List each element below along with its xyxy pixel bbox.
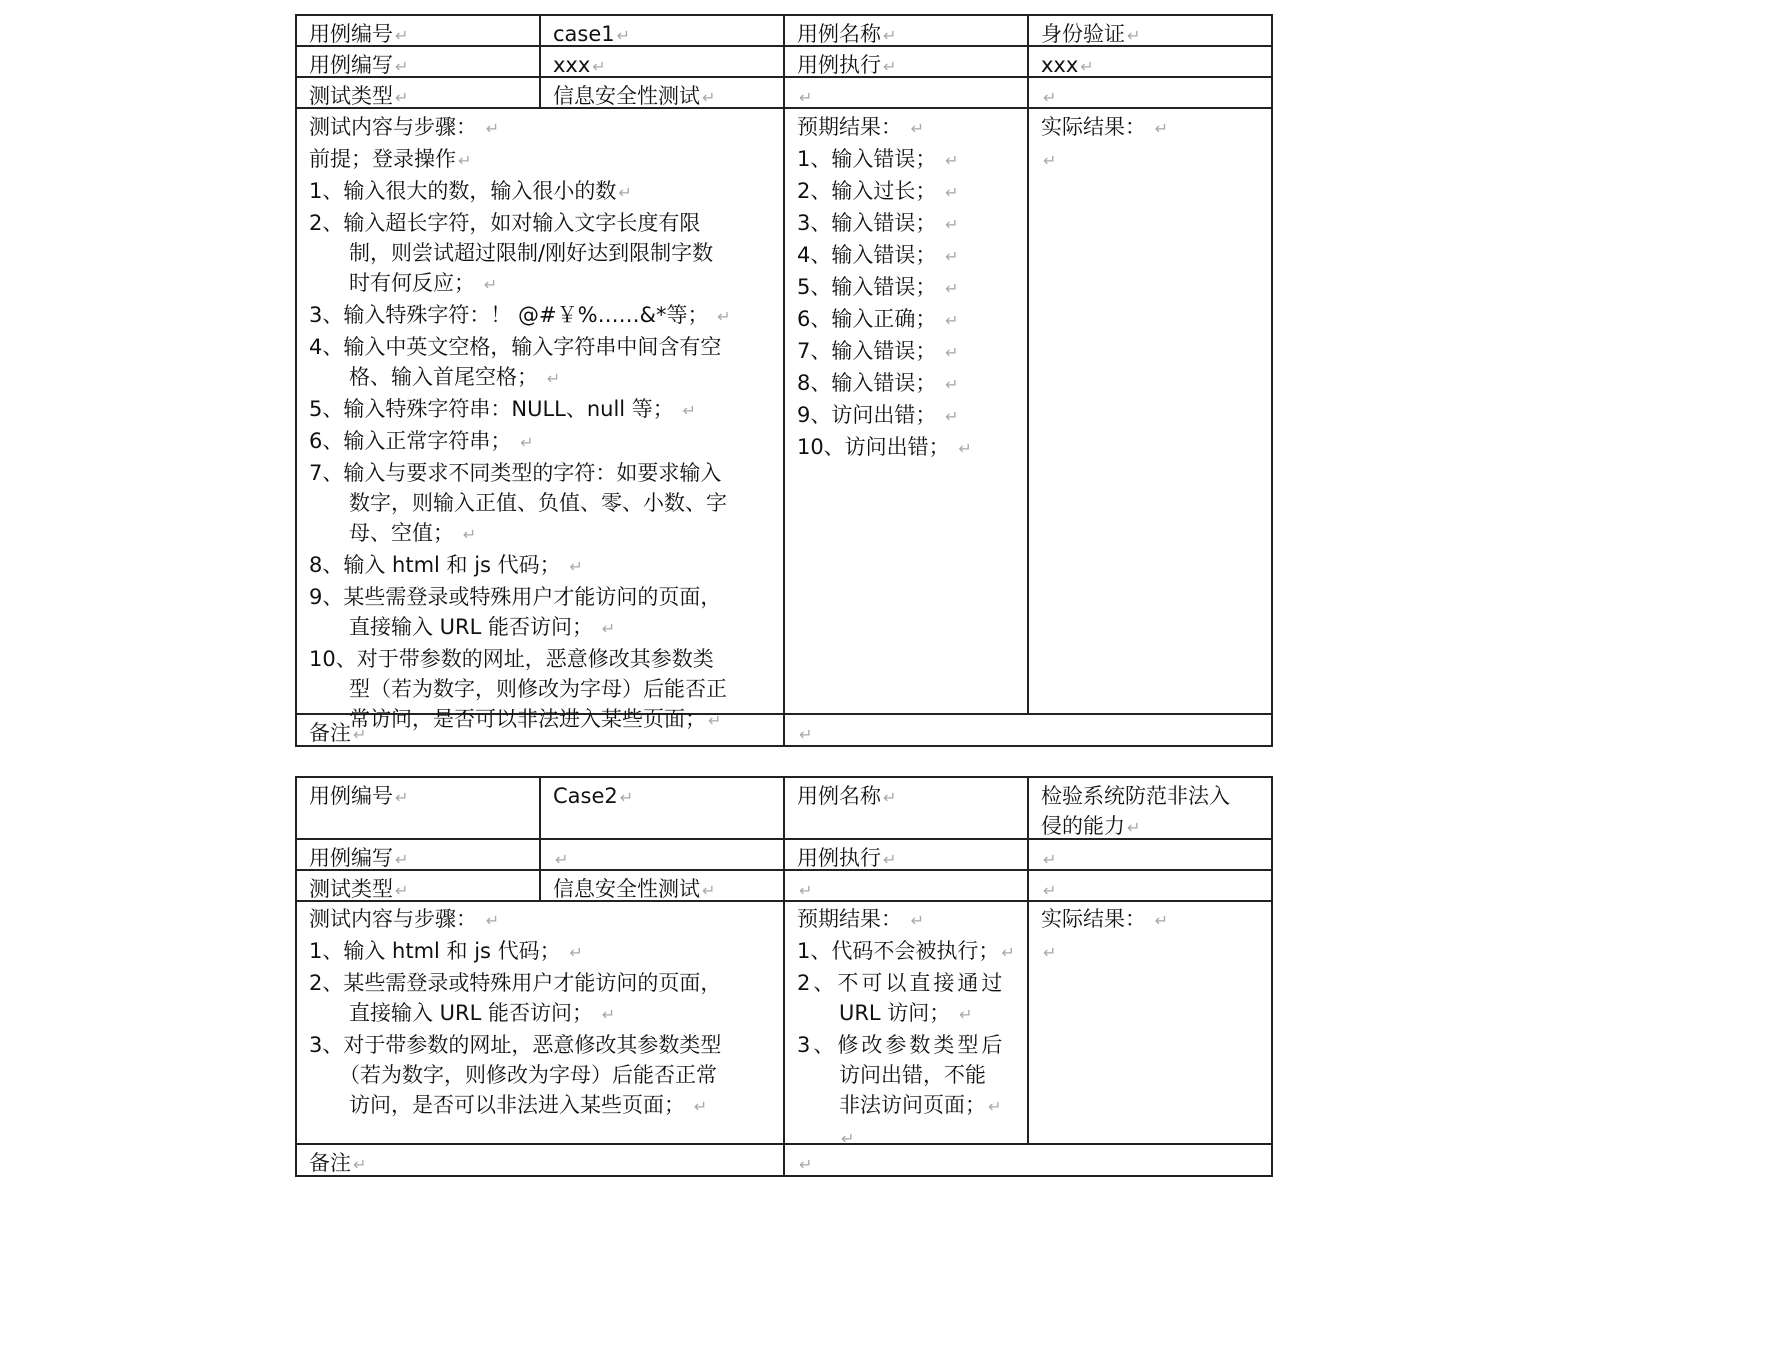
expected-item: 4、输入错误； ↵	[797, 240, 1017, 272]
value-remarks[interactable]: ↵	[785, 1145, 1271, 1175]
return-mark-icon: ↵	[463, 525, 476, 544]
row-content: 测试内容与步骤： ↵ 1、输入 html 和 js 代码； ↵ 2、某些需登录或…	[297, 902, 1271, 1145]
value-case-name[interactable]: 检验系统防范非法入 侵的能力↵	[1029, 778, 1271, 838]
step-item-cont: 访问，是否可以非法进入某些页面； ↵	[309, 1090, 773, 1122]
step-item-cont: 型（若为数字，则修改为字母）后能否正	[309, 674, 773, 704]
return-mark-icon: ↵	[1155, 119, 1168, 138]
return-mark-icon: ↵	[1080, 57, 1093, 76]
return-mark-icon: ↵	[569, 943, 582, 962]
step-item: 4、输入中英文空格，输入字符串中间含有空	[309, 332, 773, 362]
label-case-name: 用例名称↵	[785, 16, 1029, 45]
expected-title: 预期结果： ↵	[797, 112, 1017, 144]
label-case-id: 用例编号↵	[297, 16, 541, 45]
step-item-cont: 制，则尝试超过限制/刚好达到限制字数	[309, 238, 773, 268]
row-remarks: 备注↵ ↵	[297, 1145, 1271, 1175]
return-mark-icon: ↵	[353, 725, 366, 744]
label-text: 用例执行	[797, 53, 881, 77]
label-text: 测试类型	[309, 84, 393, 108]
steps-title: 测试内容与步骤： ↵	[309, 112, 773, 144]
return-mark-icon: ↵	[945, 215, 958, 234]
return-mark-icon: ↵	[395, 26, 408, 45]
label-text: 用例名称	[797, 22, 881, 46]
label-author: 用例编写↵	[297, 47, 541, 76]
return-mark-icon: ↵	[799, 725, 812, 744]
step-item-cont: 直接输入 URL 能否访问； ↵	[309, 612, 773, 644]
return-mark-icon: ↵	[1127, 26, 1140, 45]
return-mark-icon: ↵	[799, 1155, 812, 1174]
executor-text: xxx	[1041, 53, 1078, 77]
return-mark-icon: ↵	[1043, 881, 1056, 900]
row-author: 用例编写↵ xxx↵ 用例执行↵ xxx↵	[297, 47, 1271, 78]
test-case-table-2: 用例编号↵ Case2↵ 用例名称↵ 检验系统防范非法入 侵的能力↵ 用例编写↵…	[295, 776, 1273, 1177]
expected-item: 2、不可以直接通过	[797, 968, 1017, 998]
return-mark-icon: ↵	[799, 881, 812, 900]
return-mark-icon: ↵	[702, 881, 715, 900]
return-mark-icon: ↵	[945, 311, 958, 330]
empty-cell[interactable]: ↵	[785, 78, 1029, 107]
expected-item: 6、输入正确； ↵	[797, 304, 1017, 336]
step-item-cont: 直接输入 URL 能否访问； ↵	[309, 998, 773, 1030]
row-test-type: 测试类型↵ 信息安全性测试↵ ↵ ↵	[297, 871, 1271, 902]
step-item: 2、某些需登录或特殊用户才能访问的页面，	[309, 968, 773, 998]
step-item: 7、输入与要求不同类型的字符：如要求输入	[309, 458, 773, 488]
label-executor: 用例执行↵	[785, 47, 1029, 76]
return-mark-icon: ↵	[620, 788, 633, 807]
step-item: 5、输入特殊字符串：NULL、null 等； ↵	[309, 394, 773, 426]
return-mark-icon: ↵	[602, 619, 615, 638]
label-case-id: 用例编号↵	[297, 778, 541, 838]
row-remarks: 备注↵ ↵	[297, 715, 1271, 745]
value-remarks[interactable]: ↵	[785, 715, 1271, 745]
return-mark-icon: ↵	[486, 119, 499, 138]
return-mark-icon: ↵	[486, 911, 499, 930]
label-executor: 用例执行↵	[785, 840, 1029, 869]
expected-item: 5、输入错误； ↵	[797, 272, 1017, 304]
return-mark-icon: ↵	[520, 433, 533, 452]
steps-cell[interactable]: 测试内容与步骤： ↵ 前提；登录操作↵ 1、输入很大的数，输入很小的数↵ 2、输…	[297, 109, 785, 713]
return-mark-icon: ↵	[683, 401, 696, 420]
label-text: 用例编写	[309, 53, 393, 77]
value-executor[interactable]: ↵	[1029, 840, 1271, 869]
return-mark-icon: ↵	[945, 375, 958, 394]
return-mark-icon: ↵	[1043, 88, 1056, 107]
expected-item: 7、输入错误； ↵	[797, 336, 1017, 368]
expected-item-cont: URL 访问； ↵	[797, 998, 1017, 1030]
return-mark-icon: ↵	[1127, 818, 1140, 837]
return-mark-icon: ↵	[702, 88, 715, 107]
actual-value: ↵	[1041, 936, 1261, 968]
return-mark-icon: ↵	[883, 57, 896, 76]
return-mark-icon: ↵	[569, 557, 582, 576]
return-mark-icon: ↵	[945, 151, 958, 170]
step-item: 3、对于带参数的网址，恶意修改其参数类型	[309, 1030, 773, 1060]
row-case-id: 用例编号↵ Case2↵ 用例名称↵ 检验系统防范非法入 侵的能力↵	[297, 778, 1271, 840]
value-test-type[interactable]: 信息安全性测试↵	[541, 78, 785, 107]
return-mark-icon: ↵	[945, 279, 958, 298]
expected-title: 预期结果： ↵	[797, 904, 1017, 936]
actual-title: 实际结果： ↵	[1041, 904, 1261, 936]
case-name-line: 检验系统防范非法入	[1041, 781, 1261, 811]
step-item-cont: 时有何反应； ↵	[309, 268, 773, 300]
value-author[interactable]: ↵	[541, 840, 785, 869]
actual-value: ↵	[1041, 144, 1261, 176]
row-case-id: 用例编号↵ case1↵ 用例名称↵ 身份验证↵	[297, 16, 1271, 47]
return-mark-icon: ↵	[694, 1097, 707, 1116]
step-item: 8、输入 html 和 js 代码； ↵	[309, 550, 773, 582]
return-mark-icon: ↵	[883, 850, 896, 869]
value-author[interactable]: xxx↵	[541, 47, 785, 76]
return-mark-icon: ↵	[945, 183, 958, 202]
return-mark-icon: ↵	[717, 307, 730, 326]
row-content: 测试内容与步骤： ↵ 前提；登录操作↵ 1、输入很大的数，输入很小的数↵ 2、输…	[297, 109, 1271, 715]
step-item: 1、输入很大的数，输入很小的数↵	[309, 176, 773, 208]
label-test-type: 测试类型↵	[297, 871, 541, 900]
value-executor[interactable]: xxx↵	[1029, 47, 1271, 76]
return-mark-icon: ↵	[959, 1005, 972, 1024]
return-mark-icon: ↵	[1043, 943, 1056, 962]
actual-cell[interactable]: 实际结果： ↵ ↵	[1029, 902, 1271, 1143]
step-item: 2、输入超长字符，如对输入文字长度有限	[309, 208, 773, 238]
return-mark-icon: ↵	[1043, 151, 1056, 170]
steps-cell[interactable]: 测试内容与步骤： ↵ 1、输入 html 和 js 代码； ↵ 2、某些需登录或…	[297, 902, 785, 1143]
return-mark-icon: ↵	[618, 183, 631, 202]
return-mark-icon: ↵	[911, 119, 924, 138]
return-mark-icon: ↵	[945, 407, 958, 426]
precondition: 前提；登录操作↵	[309, 144, 773, 176]
return-mark-icon: ↵	[911, 911, 924, 930]
test-type-text: 信息安全性测试	[553, 84, 700, 108]
step-item-cont: （若为数字，则修改为字母）后能否正常	[309, 1060, 773, 1090]
return-mark-icon: ↵	[484, 275, 497, 294]
test-case-table-1: 用例编号↵ case1↵ 用例名称↵ 身份验证↵ 用例编写↵ xxx↵ 用例执行…	[295, 14, 1273, 747]
label-text: 用例编号	[309, 22, 393, 46]
step-item: 10、对于带参数的网址，恶意修改其参数类	[309, 644, 773, 674]
return-mark-icon: ↵	[353, 1155, 366, 1174]
expected-item: 9、访问出错； ↵	[797, 400, 1017, 432]
return-mark-icon: ↵	[395, 57, 408, 76]
return-mark-icon: ↵	[1155, 911, 1168, 930]
step-item-cont: 母、空值； ↵	[309, 518, 773, 550]
return-mark-icon: ↵	[395, 788, 408, 807]
return-mark-icon: ↵	[799, 88, 812, 107]
label-remarks: 备注↵	[297, 715, 785, 745]
return-mark-icon: ↵	[395, 881, 408, 900]
expected-item: 2、输入过长； ↵	[797, 176, 1017, 208]
actual-title: 实际结果： ↵	[1041, 112, 1261, 144]
label-test-type: 测试类型↵	[297, 78, 541, 107]
step-item: 3、输入特殊字符：！ @#￥%……&*等； ↵	[309, 300, 773, 332]
expected-item-cont: 访问出错，不能	[797, 1060, 1017, 1090]
case-name-line: 侵的能力↵	[1041, 811, 1261, 843]
return-mark-icon: ↵	[617, 26, 630, 45]
return-mark-icon: ↵	[883, 788, 896, 807]
actual-cell[interactable]: 实际结果： ↵ ↵	[1029, 109, 1271, 713]
return-mark-icon: ↵	[395, 88, 408, 107]
value-test-type[interactable]: 信息安全性测试↵	[541, 871, 785, 900]
case-id-text: case1	[553, 22, 615, 46]
return-mark-icon: ↵	[988, 1097, 1001, 1116]
expected-item: 10、访问出错； ↵	[797, 432, 1017, 464]
return-mark-icon: ↵	[1001, 943, 1014, 962]
author-text: xxx	[553, 53, 590, 77]
step-item-cont: 数字，则输入正值、负值、零、小数、字	[309, 488, 773, 518]
empty-cell[interactable]: ↵	[1029, 871, 1271, 900]
label-case-name: 用例名称↵	[785, 778, 1029, 838]
label-remarks: 备注↵	[297, 1145, 785, 1175]
expected-item-cont: 非法访问页面；↵	[797, 1090, 1017, 1122]
return-mark-icon: ↵	[547, 369, 560, 388]
return-mark-icon: ↵	[458, 151, 471, 170]
return-mark-icon: ↵	[883, 26, 896, 45]
step-item-cont: 格、输入首尾空格； ↵	[309, 362, 773, 394]
return-mark-icon: ↵	[395, 850, 408, 869]
return-mark-icon: ↵	[555, 850, 568, 869]
expected-item: 1、代码不会被执行；↵	[797, 936, 1017, 968]
expected-cell[interactable]: 预期结果： ↵ 1、代码不会被执行；↵ 2、不可以直接通过 URL 访问； ↵ …	[785, 902, 1029, 1143]
return-mark-icon: ↵	[602, 1005, 615, 1024]
empty-cell[interactable]: ↵	[785, 871, 1029, 900]
value-case-id[interactable]: Case2↵	[541, 778, 785, 838]
expected-cell[interactable]: 预期结果： ↵ 1、输入错误； ↵ 2、输入过长； ↵ 3、输入错误； ↵ 4、…	[785, 109, 1029, 713]
return-mark-icon: ↵	[592, 57, 605, 76]
return-mark-icon: ↵	[945, 247, 958, 266]
empty-cell[interactable]: ↵	[1029, 78, 1271, 107]
case-name-text: 身份验证	[1041, 22, 1125, 46]
row-author: 用例编写↵ ↵ 用例执行↵ ↵	[297, 840, 1271, 871]
expected-item: 8、输入错误； ↵	[797, 368, 1017, 400]
return-mark-icon: ↵	[1043, 850, 1056, 869]
return-mark-icon: ↵	[945, 343, 958, 362]
step-item: 1、输入 html 和 js 代码； ↵	[309, 936, 773, 968]
expected-item: 3、修改参数类型后	[797, 1030, 1017, 1060]
return-mark-icon: ↵	[958, 439, 971, 458]
value-case-id[interactable]: case1↵	[541, 16, 785, 45]
step-item: 6、输入正常字符串； ↵	[309, 426, 773, 458]
value-case-name[interactable]: 身份验证↵	[1029, 16, 1271, 45]
row-test-type: 测试类型↵ 信息安全性测试↵ ↵ ↵	[297, 78, 1271, 109]
steps-title: 测试内容与步骤： ↵	[309, 904, 773, 936]
label-author: 用例编写↵	[297, 840, 541, 869]
expected-item: 1、输入错误； ↵	[797, 144, 1017, 176]
expected-item: 3、输入错误； ↵	[797, 208, 1017, 240]
step-item: 9、某些需登录或特殊用户才能访问的页面，	[309, 582, 773, 612]
